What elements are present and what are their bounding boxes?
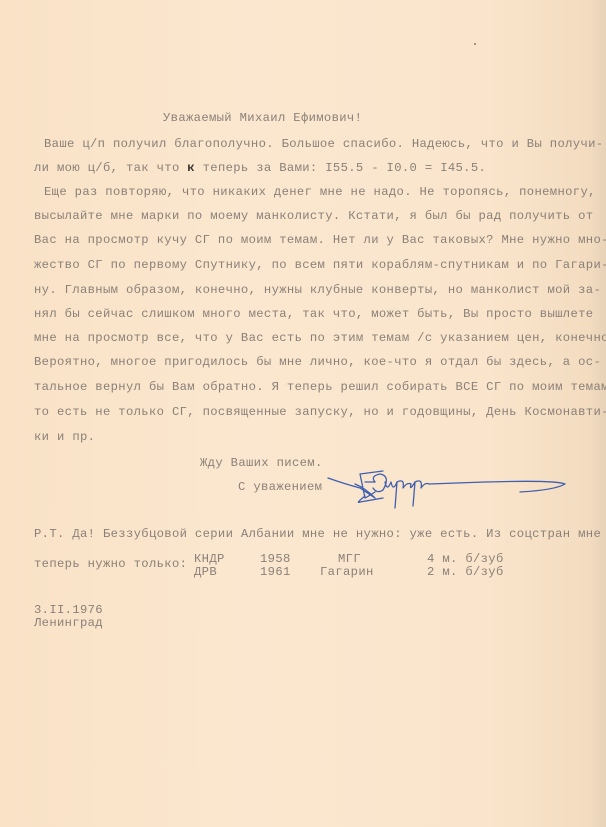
quantity: 4 м. б/зуб (427, 552, 504, 566)
year: 1958 (260, 552, 291, 566)
letter-page: Уважаемый Михаил Ефимович! Ваше ц/п полу… (0, 0, 606, 827)
country: ДРВ (194, 565, 217, 579)
signature (325, 468, 575, 528)
body-line-2-after: теперь за Вами: I55.5 - I0.0 = I45.5. (195, 161, 486, 175)
body-line-11: тальное вернул бы Вам обратно. Я теперь … (34, 380, 606, 394)
body-line-2-before: ли мою ц/б, так что (34, 161, 187, 175)
closing-regards: С уважением (238, 480, 322, 494)
paper-speck (474, 43, 476, 45)
body-line-3: Еще раз повторяю, что никаких денег мне … (44, 185, 596, 199)
postscript-line-1: Р.Т. Да! Беззубцовой серии Албании мне н… (34, 527, 601, 541)
body-line-13: ки и пр. (34, 430, 95, 444)
body-line-7: ну. Главным образом, конечно, нужны клуб… (34, 283, 601, 297)
letter-city: Ленинград (34, 616, 103, 630)
topic: Гагарин (320, 565, 374, 579)
body-line-1: Ваше ц/п получил благополучно. Большое с… (44, 137, 603, 151)
year: 1961 (260, 565, 291, 579)
body-line-9: мне на просмотр все, что у Вас есть по э… (34, 331, 606, 345)
body-line-10: Вероятно, многое пригодилось бы мне личн… (34, 355, 601, 369)
body-line-12: то есть не только СГ, посвященные запуск… (34, 405, 606, 419)
postscript-line-2-prefix: теперь нужно только: (34, 557, 187, 571)
salutation: Уважаемый Михаил Ефимович! (163, 111, 362, 125)
closing-wait: Жду Ваших писем. (200, 456, 323, 470)
letter-date: 3.II.1976 (34, 603, 103, 617)
body-line-4: высылайте мне марки по моему манколисту.… (34, 209, 593, 223)
body-line-5: Вас на просмотр кучу СГ по моим темам. Н… (34, 233, 606, 247)
topic: МГГ (338, 552, 361, 566)
body-line-6: жество СГ по первому Спутнику, по всем п… (34, 258, 606, 272)
body-line-2: ли мою ц/б, так что к теперь за Вами: I5… (34, 161, 486, 175)
body-line-2-struck-char: к (187, 161, 195, 175)
body-line-8: нял бы сейчас слишком много места, так ч… (34, 307, 593, 321)
quantity: 2 м. б/зуб (427, 565, 504, 579)
country: КНДР (194, 552, 225, 566)
